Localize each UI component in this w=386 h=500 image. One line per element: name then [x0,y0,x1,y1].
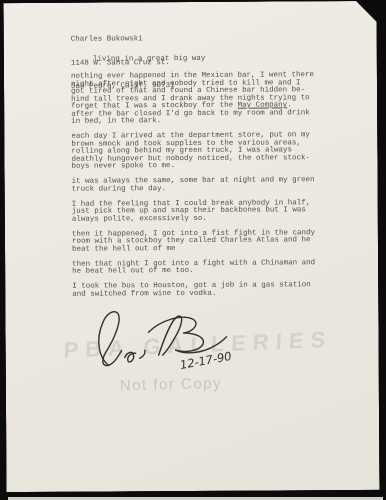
poem-line: and switched from wine to vodka. [72,290,315,299]
poem-line: always polite, excessively so. [72,215,315,224]
poem-paragraph: nothing ever happened in the Mexican bar… [71,72,314,126]
poem-paragraph: I took the bus to Houston, got a job in … [72,282,315,298]
poem-paragraph: I had the feeling that I could break any… [72,200,315,224]
poem-line: he beat hell out of me too. [72,267,315,276]
poem-line: truck during the day. [72,185,315,194]
poem-line: beat the hell out of me [72,245,315,254]
poem-paragraph: then it happened, I got into a fist figh… [72,230,315,254]
signature-block: 12-17-90 [88,305,268,378]
watermark-not-for-copy: Not for Copy [120,375,223,394]
poem-body: nothing ever happened in the Mexican bar… [71,72,315,306]
poem-line: boys never spoke to me. [71,162,314,171]
manuscript-page: Charles Bukowski 1148 W. Santa Cruz st. … [4,1,380,492]
poem-title: living in a great big way [93,56,206,64]
letterhead-name: Charles Bukowski [71,35,175,43]
poem-paragraph: then that night I got into a fight with … [72,260,315,276]
poem-paragraph: it was always the same, some bar at nigh… [72,177,315,193]
photo-background: Charles Bukowski 1148 W. Santa Cruz st. … [0,0,386,500]
poem-line: in bed, in the dark. [71,117,314,126]
poem-paragraph: each day I arrived at the department sto… [71,132,314,171]
